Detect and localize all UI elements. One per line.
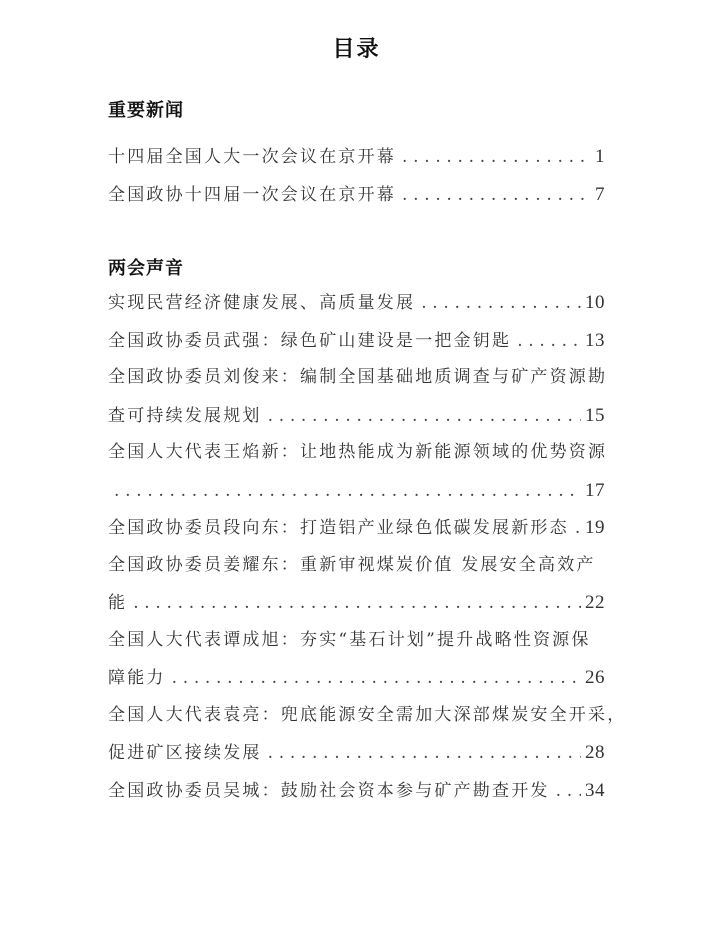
entry-title-line1: 全国人大代表袁亮：兜底能源安全需加大深部煤炭安全开采， bbox=[108, 697, 605, 735]
section-important-news: 重要新闻 十四届全国人大一次会议在京开幕1 全国政协十四届一次会议在京开幕7 bbox=[108, 96, 605, 213]
entry-title: 全国政协委员吴城：鼓励社会资本参与矿产勘查开发 bbox=[108, 773, 550, 811]
entry-title-line2: 促进矿区接续发展 bbox=[108, 735, 262, 773]
dot-leader bbox=[268, 735, 581, 773]
dot-leader bbox=[421, 285, 581, 323]
toc-entry[interactable]: 全国政协委员姜耀东：重新审视煤炭价值 发展安全高效产 能22 bbox=[108, 547, 605, 622]
dot-leader bbox=[556, 773, 581, 811]
page-number: 22 bbox=[585, 584, 605, 622]
entry-title-line2: 查可持续发展规划 bbox=[108, 398, 262, 436]
dot-leader bbox=[268, 398, 581, 436]
dot-leader bbox=[133, 585, 581, 623]
page-number: 17 bbox=[585, 472, 605, 510]
entry-title-line2: 能 bbox=[108, 585, 127, 623]
entry-title-line1: 全国政协委员刘俊来：编制全国基础地质调查与矿产资源勘 bbox=[108, 359, 605, 397]
toc-entry[interactable]: 全国政协委员武强：绿色矿山建设是一把金钥匙13 bbox=[108, 322, 605, 360]
page-number: 19 bbox=[585, 509, 605, 547]
entry-title-line1: 全国人大代表谭成旭：夯实“基石计划”提升战略性资源保 bbox=[108, 622, 605, 660]
entry-title-line1: 全国政协委员姜耀东：重新审视煤炭价值 发展安全高效产 bbox=[108, 547, 605, 585]
dot-leader bbox=[114, 473, 581, 511]
section-heading: 重要新闻 bbox=[108, 96, 605, 126]
toc-entry[interactable]: 全国人大代表王焰新：让地热能成为新能源领域的优势资源 17 bbox=[108, 434, 605, 509]
toc-entry[interactable]: 全国人大代表袁亮：兜底能源安全需加大深部煤炭安全开采， 促进矿区接续发展28 bbox=[108, 697, 605, 772]
dot-leader bbox=[172, 660, 581, 698]
dot-leader bbox=[517, 323, 581, 361]
page-number: 26 bbox=[585, 659, 605, 697]
entry-title: 十四届全国人大一次会议在京开幕 bbox=[108, 139, 396, 177]
page-number: 10 bbox=[585, 284, 605, 322]
entry-title: 全国政协十四届一次会议在京开幕 bbox=[108, 177, 396, 215]
page-number: 13 bbox=[585, 322, 605, 360]
dot-leader bbox=[575, 510, 581, 548]
entry-title: 全国政协委员武强：绿色矿山建设是一把金钥匙 bbox=[108, 323, 511, 361]
dot-leader bbox=[402, 139, 591, 177]
toc-entry[interactable]: 全国政协委员刘俊来：编制全国基础地质调查与矿产资源勘 查可持续发展规划15 bbox=[108, 359, 605, 434]
page-number: 1 bbox=[595, 138, 605, 176]
toc-entry[interactable]: 十四届全国人大一次会议在京开幕1 bbox=[108, 138, 605, 176]
toc-title: 目录 bbox=[0, 32, 713, 63]
dot-leader bbox=[402, 177, 591, 215]
toc-entry[interactable]: 全国政协委员吴城：鼓励社会资本参与矿产勘查开发34 bbox=[108, 772, 605, 810]
page-number: 28 bbox=[585, 734, 605, 772]
toc-entry[interactable]: 实现民营经济健康发展、高质量发展10 bbox=[108, 284, 605, 322]
section-heading: 两会声音 bbox=[108, 254, 605, 284]
entry-title-line1: 全国人大代表王焰新：让地热能成为新能源领域的优势资源 bbox=[108, 434, 605, 472]
entry-title: 实现民营经济健康发展、高质量发展 bbox=[108, 285, 415, 323]
page-number: 7 bbox=[595, 176, 605, 214]
entry-title: 全国政协委员段向东：打造铝产业绿色低碳发展新形态 bbox=[108, 510, 569, 548]
page-number: 34 bbox=[585, 772, 605, 810]
page-number: 15 bbox=[585, 397, 605, 435]
section-two-sessions-voices: 两会声音 实现民营经济健康发展、高质量发展10 全国政协委员武强：绿色矿山建设是… bbox=[108, 254, 605, 809]
toc-entry[interactable]: 全国政协委员段向东：打造铝产业绿色低碳发展新形态19 bbox=[108, 509, 605, 547]
toc-entry[interactable]: 全国政协十四届一次会议在京开幕7 bbox=[108, 176, 605, 214]
entry-title-line2: 障能力 bbox=[108, 660, 166, 698]
toc-entry[interactable]: 全国人大代表谭成旭：夯实“基石计划”提升战略性资源保 障能力26 bbox=[108, 622, 605, 697]
